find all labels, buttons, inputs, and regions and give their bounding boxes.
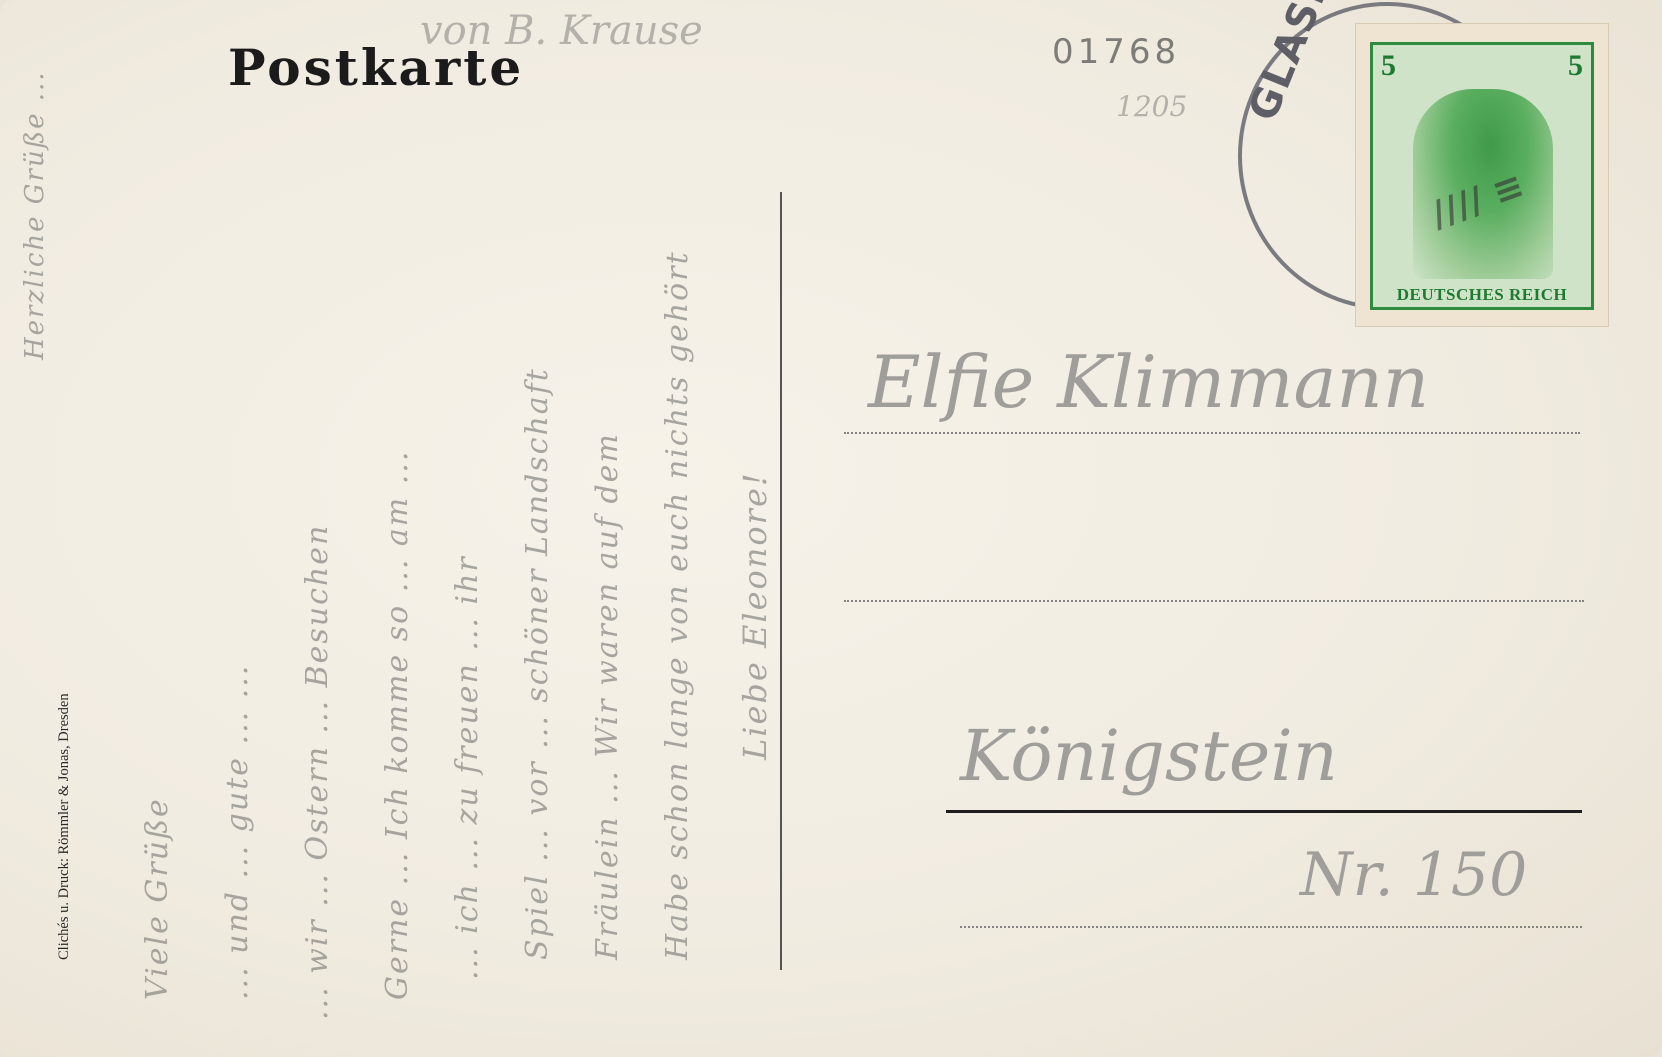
message-line: ... und ... gute ... ... (220, 664, 255, 1000)
address-line-1 (844, 432, 1580, 434)
stamp-value-left: 5 (1381, 49, 1396, 83)
stamp-value-right: 5 (1568, 49, 1583, 83)
stamp-country: DEUTSCHES REICH (1373, 285, 1591, 305)
address-line-3 (960, 926, 1582, 928)
message-line: Spiel ... vor ... schöner Landschaft (520, 367, 555, 960)
address-line-2 (844, 600, 1584, 602)
message-line: ... ich ... zu freuen ... ihr (450, 555, 485, 980)
message-line: Fräulein ... Wir waren auf dem (590, 432, 625, 960)
margin-note: Herzliche Grüße ... (20, 70, 50, 360)
message-greeting: Liebe Eleonore! (736, 471, 774, 760)
printer-credit: Clichés u. Druck: Römmler & Jonas, Dresd… (56, 693, 73, 960)
top-note: von B. Krause (420, 8, 703, 54)
message-line: Gerne ... Ich komme so ... am ... (380, 450, 415, 1000)
message-line: ... wir ... Ostern ... Besuchen (300, 524, 335, 1020)
house-number: Nr. 150 (1300, 840, 1527, 910)
postage-stamp: 5 5 DEUTSCHES REICH (1356, 24, 1608, 326)
postcard-back: Postkarte Clichés u. Druck: Römmler & Jo… (0, 0, 1662, 1057)
message-line: Habe schon lange von euch nichts gehört (660, 250, 695, 960)
inventory-note: 01768 (1052, 32, 1180, 72)
message-line: Viele Grüße (140, 797, 175, 1000)
message-address-divider (780, 192, 782, 970)
inventory-note-2: 1205 (1116, 90, 1187, 123)
city-underline (946, 810, 1582, 813)
recipient-city: Königstein (960, 715, 1338, 797)
recipient-name: Elfie Klimmann (868, 340, 1429, 424)
